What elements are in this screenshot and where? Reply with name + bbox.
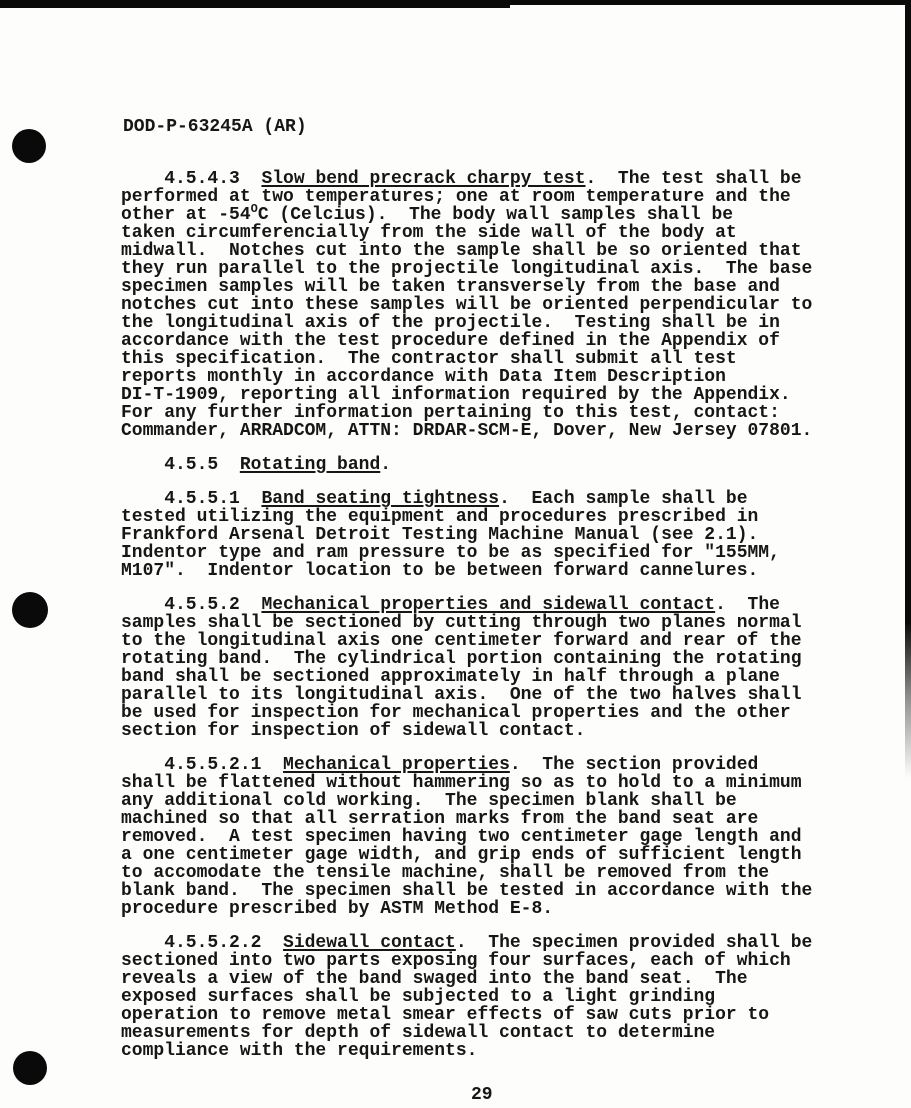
scan-edge-right bbox=[905, 0, 911, 778]
body-text: . The test shall be bbox=[586, 169, 802, 189]
text-line: rotating band. The cylindrical portion c… bbox=[121, 650, 812, 668]
text-line: to accomodate the tensile machine, shall… bbox=[121, 864, 812, 882]
paragraph-4-5-5-2-2: 4.5.5.2.2 Sidewall contact. The specimen… bbox=[121, 934, 812, 1060]
body-text: other at -54 bbox=[121, 205, 251, 225]
text-line: samples shall be sectioned by cutting th… bbox=[121, 614, 812, 632]
text-line: removed. A test specimen having two cent… bbox=[121, 828, 812, 846]
body-text: section for inspection of sidewall conta… bbox=[121, 721, 585, 741]
body-text: taken circumferencially from the side wa… bbox=[121, 223, 737, 243]
text-line: 4.5.5 Rotating band. bbox=[121, 456, 812, 474]
paragraph-4-5-5-1: 4.5.5.1 Band seating tightness. Each sam… bbox=[121, 490, 812, 580]
body-text: . Each sample shall be bbox=[499, 489, 747, 509]
body-text: sectioned into two parts exposing four s… bbox=[121, 951, 791, 971]
body-text: Commander, ARRADCOM, ATTN: DRDAR-SCM-E, … bbox=[121, 421, 812, 441]
paragraph-4-5-5: 4.5.5 Rotating band. bbox=[121, 456, 812, 474]
text-line: 4.5.5.2.2 Sidewall contact. The specimen… bbox=[121, 934, 812, 952]
page-number: 29 bbox=[471, 1086, 493, 1104]
body-text: C (Celcius). The body wall samples shall… bbox=[258, 205, 733, 225]
body-text: 4.5.5.2.2 bbox=[121, 933, 283, 953]
paragraph-4-5-4-3: 4.5.4.3 Slow bend precrack charpy test. … bbox=[121, 170, 812, 440]
text-line: other at -54OC (Celcius). The body wall … bbox=[121, 206, 812, 224]
body-text: 4.5.5.2.1 bbox=[121, 755, 283, 775]
text-line: 4.5.5.2.1 Mechanical properties. The sec… bbox=[121, 756, 812, 774]
body-text: parallel to its longitudinal axis. One o… bbox=[121, 685, 802, 705]
body-text: O bbox=[251, 202, 258, 216]
text-line: be used for inspection for mechanical pr… bbox=[121, 704, 812, 722]
text-line: M107". Indentor location to be between f… bbox=[121, 562, 812, 580]
paragraph-4-5-5-2: 4.5.5.2 Mechanical properties and sidewa… bbox=[121, 596, 812, 740]
text-line: accordance with the test procedure defin… bbox=[121, 332, 812, 350]
body-text: rotating band. The cylindrical portion c… bbox=[121, 649, 802, 669]
text-line: band shall be sectioned approximately in… bbox=[121, 668, 812, 686]
body-text: compliance with the requirements. bbox=[121, 1041, 477, 1061]
body-text: band shall be sectioned approximately in… bbox=[121, 667, 780, 687]
body-text: . The section provided bbox=[510, 755, 758, 775]
body-text: the longitudinal axis of the projectile.… bbox=[121, 313, 780, 333]
text-line: taken circumferencially from the side wa… bbox=[121, 224, 812, 242]
body-text: blank band. The specimen shall be tested… bbox=[121, 881, 812, 901]
body-text: DI-T-1909, reporting all information req… bbox=[121, 385, 791, 405]
body-text: specimen samples will be taken transvers… bbox=[121, 277, 780, 297]
body-text: For any further information pertaining t… bbox=[121, 403, 780, 423]
text-line: they run parallel to the projectile long… bbox=[121, 260, 812, 278]
text-line: exposed surfaces shall be subjected to a… bbox=[121, 988, 812, 1006]
body-text: 4.5.4.3 bbox=[121, 169, 261, 189]
text-line: shall be flattened without hammering so … bbox=[121, 774, 812, 792]
body-text: notches cut into these samples will be o… bbox=[121, 295, 812, 315]
text-line: reveals a view of the band swaged into t… bbox=[121, 970, 812, 988]
punch-hole bbox=[13, 1051, 47, 1085]
text-line: Indentor type and ram pressure to be as … bbox=[121, 544, 812, 562]
body-text: exposed surfaces shall be subjected to a… bbox=[121, 987, 715, 1007]
text-line: section for inspection of sidewall conta… bbox=[121, 722, 812, 740]
text-line: operation to remove metal smear effects … bbox=[121, 1006, 812, 1024]
text-line: a one centimeter gage width, and grip en… bbox=[121, 846, 812, 864]
text-line: Frankford Arsenal Detroit Testing Machin… bbox=[121, 526, 812, 544]
paragraph-4-5-5-2-1: 4.5.5.2.1 Mechanical properties. The sec… bbox=[121, 756, 812, 918]
text-line: the longitudinal axis of the projectile.… bbox=[121, 314, 812, 332]
text-line: compliance with the requirements. bbox=[121, 1042, 812, 1060]
section-heading-text: Slow bend precrack charpy test bbox=[261, 169, 585, 189]
body-text: shall be flattened without hammering so … bbox=[121, 773, 802, 793]
text-line: sectioned into two parts exposing four s… bbox=[121, 952, 812, 970]
body-text: Indentor type and ram pressure to be as … bbox=[121, 543, 780, 563]
body-text: . The specimen provided shall be bbox=[456, 933, 812, 953]
body-text: be used for inspection for mechanical pr… bbox=[121, 703, 791, 723]
body-text: tested utilizing the equipment and proce… bbox=[121, 507, 758, 527]
text-line: machined so that all serration marks fro… bbox=[121, 810, 812, 828]
scan-edge-top bbox=[0, 0, 911, 5]
text-line: any additional cold working. The specime… bbox=[121, 792, 812, 810]
body-text: . The bbox=[715, 595, 780, 615]
text-line: 4.5.5.2 Mechanical properties and sidewa… bbox=[121, 596, 812, 614]
body-text: performed at two temperatures; one at ro… bbox=[121, 187, 791, 207]
text-line: specimen samples will be taken transvers… bbox=[121, 278, 812, 296]
section-heading-text: Mechanical properties and sidewall conta… bbox=[261, 595, 715, 615]
text-line: procedure prescribed by ASTM Method E-8. bbox=[121, 900, 812, 918]
body-text: procedure prescribed by ASTM Method E-8. bbox=[121, 899, 553, 919]
punch-hole bbox=[12, 592, 48, 628]
body-text: operation to remove metal smear effects … bbox=[121, 1005, 769, 1025]
text-line: this specification. The contractor shall… bbox=[121, 350, 812, 368]
body-text: Frankford Arsenal Detroit Testing Machin… bbox=[121, 525, 758, 545]
text-line: blank band. The specimen shall be tested… bbox=[121, 882, 812, 900]
section-heading-text: Rotating band bbox=[240, 455, 380, 475]
section-heading-text: Band seating tightness bbox=[261, 489, 499, 509]
text-line: Commander, ARRADCOM, ATTN: DRDAR-SCM-E, … bbox=[121, 422, 812, 440]
body-text: they run parallel to the projectile long… bbox=[121, 259, 812, 279]
text-line: parallel to its longitudinal axis. One o… bbox=[121, 686, 812, 704]
body-text: 4.5.5 bbox=[121, 455, 240, 475]
section-heading-text: Sidewall contact bbox=[283, 933, 456, 953]
body-text: machined so that all serration marks fro… bbox=[121, 809, 758, 829]
body-text: to accomodate the tensile machine, shall… bbox=[121, 863, 769, 883]
body-text: . bbox=[380, 455, 391, 475]
text-line: DI-T-1909, reporting all information req… bbox=[121, 386, 812, 404]
punch-hole bbox=[12, 129, 46, 163]
text-line: 4.5.5.1 Band seating tightness. Each sam… bbox=[121, 490, 812, 508]
body-text: any additional cold working. The specime… bbox=[121, 791, 737, 811]
body-text: measurements for depth of sidewall conta… bbox=[121, 1023, 715, 1043]
text-line: tested utilizing the equipment and proce… bbox=[121, 508, 812, 526]
body-text: a one centimeter gage width, and grip en… bbox=[121, 845, 802, 865]
section-heading-text: Mechanical properties bbox=[283, 755, 510, 775]
text-line: measurements for depth of sidewall conta… bbox=[121, 1024, 812, 1042]
body-text: this specification. The contractor shall… bbox=[121, 349, 737, 369]
scanned-document-page: DOD-P-63245A (AR) 4.5.4.3 Slow bend prec… bbox=[0, 0, 911, 1108]
document-id-header: DOD-P-63245A (AR) bbox=[123, 118, 307, 136]
text-line: to the longitudinal axis one centimeter … bbox=[121, 632, 812, 650]
body-text: removed. A test specimen having two cent… bbox=[121, 827, 802, 847]
body-text: M107". Indentor location to be between f… bbox=[121, 561, 758, 581]
body-text: 4.5.5.1 bbox=[121, 489, 261, 509]
text-line: performed at two temperatures; one at ro… bbox=[121, 188, 812, 206]
text-line: reports monthly in accordance with Data … bbox=[121, 368, 812, 386]
body-text: reveals a view of the band swaged into t… bbox=[121, 969, 748, 989]
body-text: to the longitudinal axis one centimeter … bbox=[121, 631, 802, 651]
text-line: For any further information pertaining t… bbox=[121, 404, 812, 422]
body-text: 4.5.5.2 bbox=[121, 595, 261, 615]
text-line: midwall. Notches cut into the sample sha… bbox=[121, 242, 812, 260]
document-body: 4.5.4.3 Slow bend precrack charpy test. … bbox=[121, 170, 812, 1060]
body-text: samples shall be sectioned by cutting th… bbox=[121, 613, 802, 633]
body-text: accordance with the test procedure defin… bbox=[121, 331, 780, 351]
body-text: midwall. Notches cut into the sample sha… bbox=[121, 241, 802, 261]
text-line: 4.5.4.3 Slow bend precrack charpy test. … bbox=[121, 170, 812, 188]
text-line: notches cut into these samples will be o… bbox=[121, 296, 812, 314]
body-text: reports monthly in accordance with Data … bbox=[121, 367, 726, 387]
